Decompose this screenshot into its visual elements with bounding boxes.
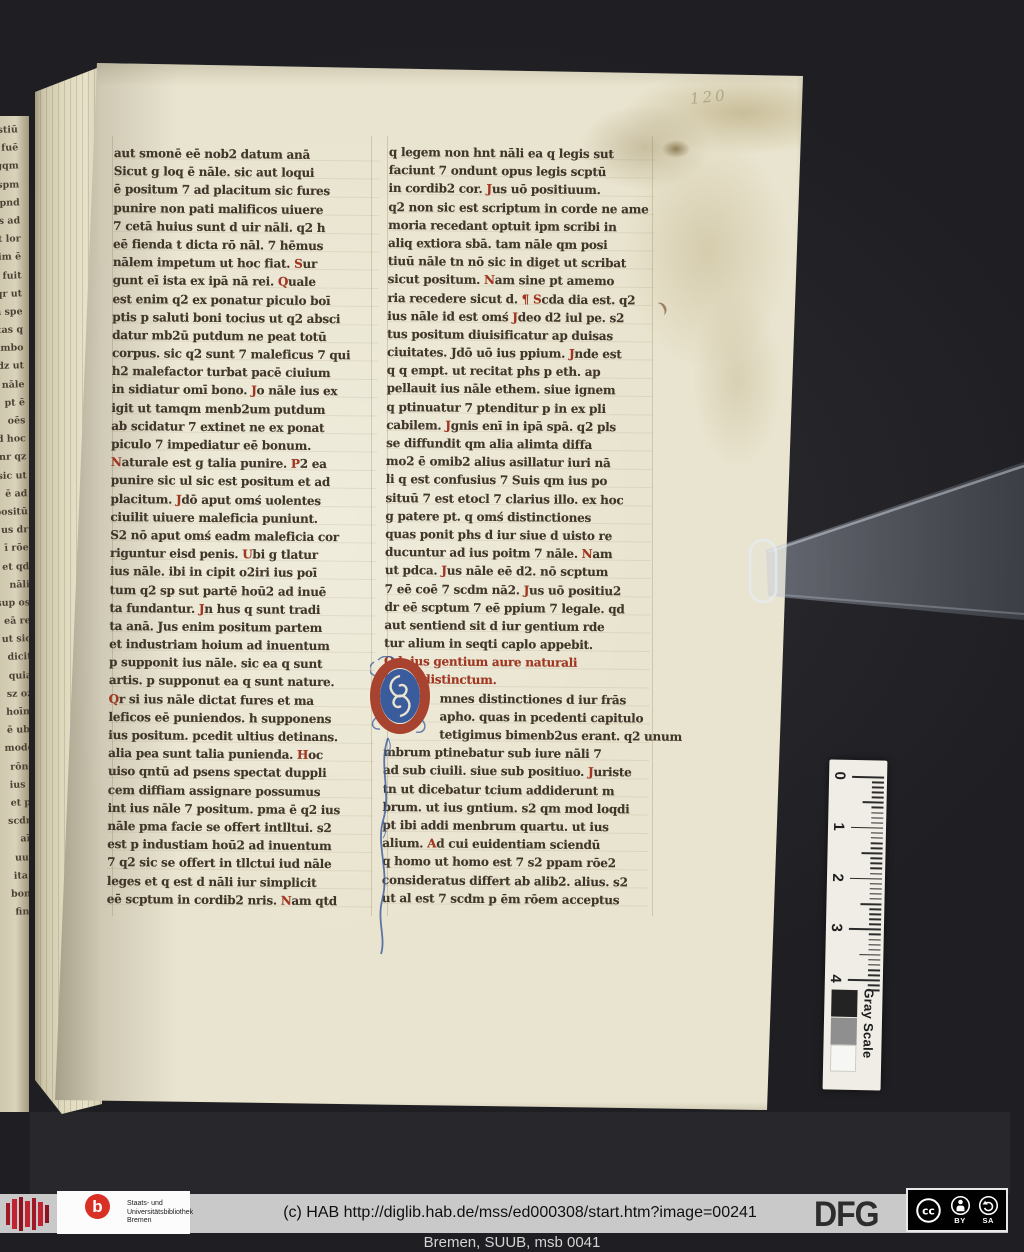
manuscript-text-line: hoīm [0, 701, 29, 721]
ink-stain-spot [662, 140, 690, 158]
ruler-number: 3 [827, 920, 845, 936]
shelfmark-caption: Bremen, SUUB, msb 0041 [312, 1234, 712, 1251]
ruler-tick [868, 949, 880, 951]
manuscript-text-line: ut pdca. Jus nāle eē d2. nō scptum [385, 561, 651, 582]
manuscript-text-line: in sidiatur omī bono. Jo nāle ius ex [112, 380, 378, 401]
library-name: Staats- und Universitätsbibliothek Breme… [127, 1200, 193, 1226]
manuscript-text-line: ē positum 7 ad placitum sic fures [113, 180, 379, 201]
manuscript-text-line: ostiū [0, 119, 18, 139]
library-b-logo: b [85, 1194, 110, 1219]
manuscript-text-line: ē ad [0, 483, 28, 503]
manuscript-text-line: eē scptum in cordib2 nris. Nam qtd [107, 890, 373, 911]
ruler-tick [868, 974, 880, 976]
cc-by-icon: BY [950, 1195, 971, 1225]
pen-flourish [374, 736, 398, 956]
ruler-tick [869, 919, 881, 921]
manuscript-text-line: ptis p saluti boni tocius ut q2 absci [112, 308, 378, 329]
library-logo-box: b Staats- und Universitätsbibliothek Bre… [57, 1191, 190, 1234]
gray-scale-ruler: Gray Scale 01234 [823, 759, 888, 1090]
manuscript-text-line: situū 7 est etocl 7 clarius illo. ex hoc [386, 489, 652, 510]
manuscript-text-line: ita ē [0, 865, 29, 885]
manuscript-text-line: sup os [0, 592, 29, 612]
ruler-tick [870, 873, 882, 875]
text-column-right: q legem non hnt nāli ea q legis sutfaciu… [382, 143, 655, 909]
creative-commons-license-badge: cc BY SA [906, 1188, 1008, 1232]
gray-scale-swatch [830, 1045, 857, 1073]
ruler-tick [868, 990, 880, 992]
manuscript-text-line: leges et q est d nāli iur simplicit [107, 871, 373, 892]
manuscript-text-line: ngqm [0, 156, 19, 176]
ruler-tick [872, 786, 884, 788]
manuscript-text-line: uiso qntū ad psens spectat duppli [108, 762, 374, 783]
digitized-manuscript-photo: ostiūba fuēngqmā spmr pndus adet lorim ē… [0, 0, 1024, 1252]
ruler-tick [869, 924, 881, 926]
ruler-number: 4 [826, 971, 844, 987]
manuscript-text-line: tn ut dicebatur tcium addiderunt m [383, 780, 649, 801]
manuscript-text-line: sic ut [0, 465, 27, 485]
facing-page-edge: ostiūba fuēngqmā spmr pndus adet lorim ē… [0, 116, 29, 1112]
ruler-tick [870, 893, 882, 895]
manuscript-text-line: rōne [0, 756, 29, 776]
ruler-tick [860, 903, 881, 905]
ruler-number: 0 [830, 767, 848, 783]
ruler-tick [870, 898, 882, 900]
ruler-tick [871, 812, 883, 814]
manuscript-text-line: et pt [0, 792, 29, 812]
manuscript-text-line: gunt eī ista ex ipā nā rei. Quale [113, 271, 379, 292]
dfg-logo: DFG [814, 1195, 879, 1232]
ruler-tick [871, 817, 883, 819]
manuscript-text-line: dicit [0, 647, 29, 667]
manuscript-text-line: punire sic ul sic est positum et ad [111, 471, 377, 492]
manuscript-text-line: pt ē [0, 392, 25, 412]
manuscript-text-line: ī rōe [0, 538, 29, 558]
manuscript-text-line: eā re [0, 610, 29, 630]
manuscript-text-line: oēs [0, 410, 26, 430]
ruler-tick [870, 888, 882, 890]
ruler-tick [870, 858, 882, 860]
manuscript-text-line: ius nāle. ibi in cipit o2iri ius poī [110, 562, 376, 583]
manuscript-text-line: dz ut [0, 356, 24, 376]
ruler-tick [871, 832, 883, 834]
manuscript-text-line: dr eē scptum 7 eē ppium 7 legale. qd [384, 598, 650, 619]
library-name-line: Universitätsbibliothek [127, 1209, 193, 1218]
manuscript-text-line: ad hoc [0, 428, 26, 448]
manuscript-text-line: ria recedere sicut d. ¶ Scda dia est. q2 [387, 288, 653, 309]
manuscript-text-line: sz oz [0, 683, 29, 703]
ruler-tick [871, 822, 883, 824]
manuscript-text-line: q2 non sic est scriptum in corde ne ame [388, 198, 654, 219]
manuscript-text-line: ba fuē [0, 138, 18, 158]
manuscript-text-line: pellauit ius nāle ethem. siue ignem [387, 379, 653, 400]
ruler-tick [871, 842, 883, 844]
ruler-tick [859, 954, 880, 956]
manuscript-text-line: ut sic [0, 628, 29, 648]
ruler-tick [871, 807, 883, 809]
copyright-url-text: (c) HAB http://diglib.hab.de/mss/ed00030… [240, 1204, 800, 1222]
ruler-tick [868, 985, 880, 987]
manuscript-text-line: ius ē [0, 774, 29, 794]
manuscript-text-line: consideratus differt ab alib2. alius. s2 [382, 870, 648, 891]
ruler-tick [852, 776, 884, 778]
manuscript-text-line: in spe [0, 301, 23, 321]
manuscript-text-line: r pnd [0, 192, 20, 212]
manuscript-text-line: us dr [0, 519, 28, 539]
ruler-tick [871, 837, 883, 839]
ruler-tick [861, 852, 882, 854]
ruler-tick [869, 934, 881, 936]
manuscript-text-line: ē ubi [0, 719, 29, 739]
text-column-left: aut smonē eē nob2 datum anāSicut g loq ē… [107, 144, 380, 910]
ruler-tick [851, 827, 883, 829]
cc-icon: cc [915, 1197, 942, 1224]
manuscript-text-line: ius nāle id est omś Jdeo d2 iul pe. s2 [387, 307, 653, 328]
ruler-tick [869, 939, 881, 941]
ruler-tick [868, 964, 880, 966]
ruler-tick [848, 979, 880, 981]
manuscript-page: 120 aut smonē eē nob2 datum anāSicut g l… [38, 56, 818, 1118]
manuscript-text-line: Qr si ius nāle dictat fures et ma [109, 690, 375, 711]
gray-scale-swatch [831, 1017, 858, 1045]
manuscript-text-line: artis. p supponut ea q sunt nature. [109, 671, 375, 692]
manuscript-text-line: ta fundantur. Jn hus q sunt tradi [109, 599, 375, 620]
manuscript-text-line: est enim q2 ex ponatur piculo boī [112, 289, 378, 310]
manuscript-text-line: modo [0, 738, 29, 758]
ruler-tick [869, 908, 881, 910]
ruler-label: Gray Scale [859, 988, 877, 1084]
manuscript-text-line: ambo [0, 338, 24, 358]
manuscript-text-line: li q est confusius 7 Suis qm ius po [386, 470, 652, 491]
ruler-tick [870, 868, 882, 870]
manuscript-text-line: et lor [0, 228, 21, 248]
ruler-tick [850, 877, 882, 879]
manuscript-text-line: cem diffiam assignare possumus [108, 781, 374, 802]
cc-sa-icon: SA [978, 1195, 999, 1225]
manuscript-text-line: quia [0, 665, 29, 685]
ruler-tick [849, 928, 881, 930]
library-bars-logo [5, 1196, 53, 1232]
manuscript-text-line: ā spm [0, 174, 19, 194]
manuscript-text-line: bonū [0, 883, 29, 903]
manuscript-text-line: qr ut [0, 283, 22, 303]
ruler-tick [869, 913, 881, 915]
manuscript-text-line: 7 q2 sic se offert in tllctui iud nāle [107, 853, 373, 874]
ruler-tick [868, 969, 880, 971]
ruler-tick [872, 792, 884, 794]
manuscript-text-line: aīa [0, 828, 29, 848]
ruler-number: 1 [829, 818, 847, 834]
manuscript-text-line: q homo ut homo est 7 s2 ppam rōe2 [382, 852, 648, 873]
manuscript-text-line: in cordib2 cor. Jus uō positiuum. [388, 179, 654, 200]
manuscript-text-line: et qd [0, 556, 29, 576]
manuscript-text-line: punire non pati malificos uiuere [113, 199, 379, 220]
manuscript-text-line: nāli [0, 574, 29, 594]
manuscript-text-line: igit ut tamqm menb2um putdum [111, 399, 377, 420]
manuscript-text-line: tum q2 sp sut partē hoū2 ad inuē [110, 580, 376, 601]
manuscript-text-line: tas q [0, 319, 23, 339]
ruler-tick [872, 797, 884, 799]
manuscript-text-line: positū [0, 501, 28, 521]
gray-scale-swatch [831, 990, 858, 1018]
manuscript-text-line: q ptinuatur 7 ptenditur p in ex pli [386, 398, 652, 419]
facing-page-text-fragments: ostiūba fuēngqmā spmr pndus adet lorim ē… [0, 119, 29, 921]
manuscript-text-line: placitum. Jdō aput omś uolentes [111, 490, 377, 511]
manuscript-text-line: nr qz [0, 447, 27, 467]
cc-by-label: BY [954, 1217, 965, 1225]
ruler-tick [870, 883, 882, 885]
ruler-tick [863, 802, 884, 804]
manuscript-text-line: ad sub ciuili. siue sub positiuo. Jurist… [383, 761, 649, 782]
manuscript-text-line: ut al est 7 scdm p ēm rōem acceptus [382, 889, 648, 910]
library-name-line: Bremen [127, 1217, 193, 1226]
cc-sa-label: SA [983, 1217, 994, 1225]
manuscript-text-line: scdm [0, 810, 29, 830]
ruler-tick [872, 781, 884, 783]
svg-text:cc: cc [922, 1204, 935, 1217]
manuscript-text-line: 7 eē coē 7 scdm nā2. Jus uō positiu2 [385, 579, 651, 600]
ruler-tick [868, 959, 880, 961]
page-holder-clip [746, 450, 1024, 660]
decorated-initial-O [370, 656, 430, 736]
ruler-tick [869, 944, 881, 946]
manuscript-text-line: sicut positum. Nam sine pt amemo [388, 270, 654, 291]
ruler-number: 2 [828, 869, 846, 885]
manuscript-text-line: finis [0, 901, 29, 921]
manuscript-text-line: uult [0, 847, 29, 867]
manuscript-text-line: fuit [0, 265, 22, 285]
table-surface-below-page [30, 1112, 1010, 1194]
ruler-tick [870, 863, 882, 865]
manuscript-text-line: us ad [0, 210, 20, 230]
library-name-line: Staats- und [127, 1200, 193, 1209]
manuscript-text-line: s nāle [0, 374, 25, 394]
ruler-tick [871, 847, 883, 849]
manuscript-text-line: im ē [0, 247, 21, 267]
